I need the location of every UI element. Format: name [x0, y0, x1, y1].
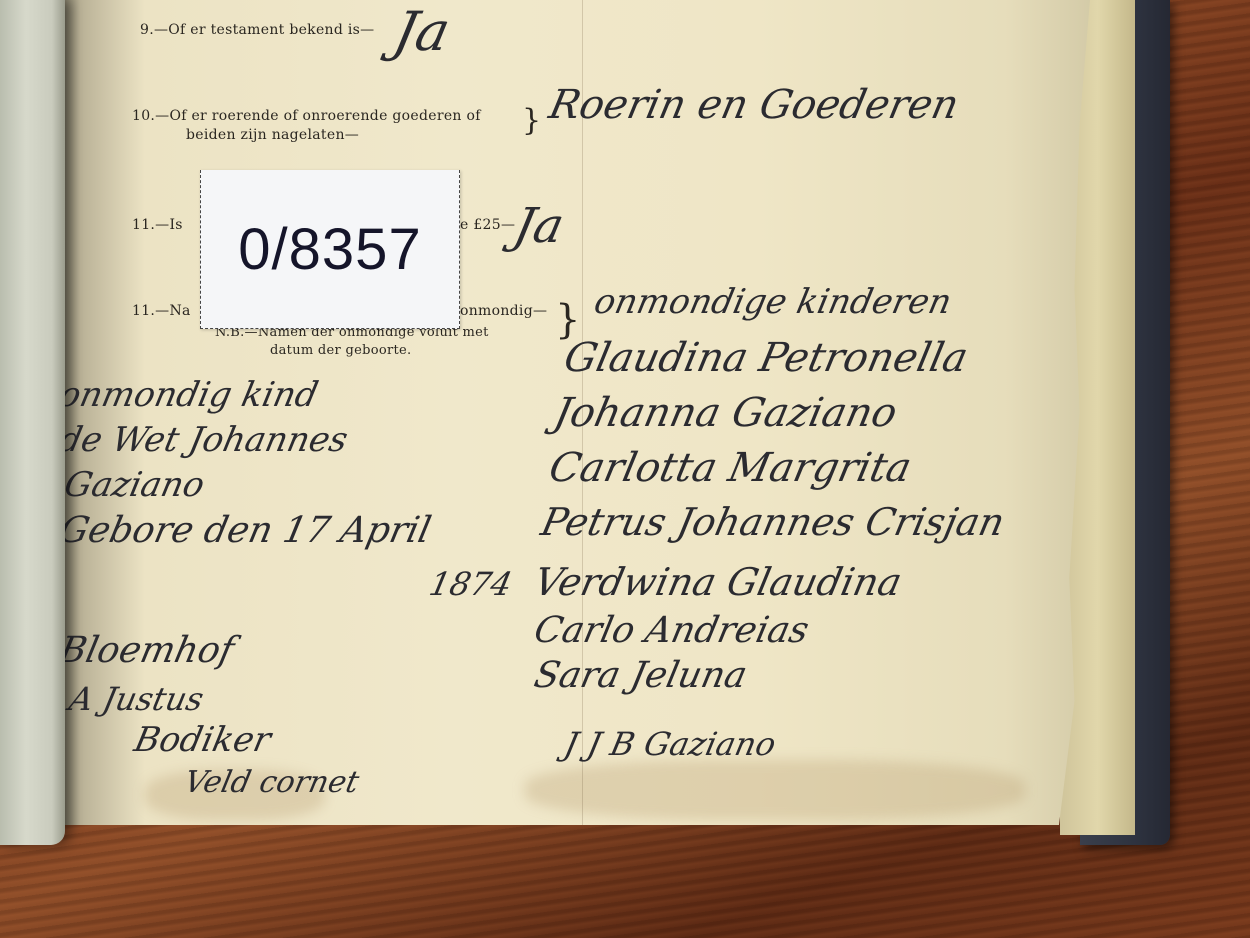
left-note-line: onmondig kind [56, 375, 322, 415]
child-name: Sara Jeluna [531, 655, 751, 696]
document-page: 9.—Of er testament bekend is— 10.—Of er … [55, 0, 1090, 825]
child-name: Carlotta Margrita [545, 445, 915, 491]
question-11a-left: 11.—Is [132, 217, 183, 233]
child-name: Carlo Andreias [531, 610, 813, 651]
question-11b-nb2: datum der geboorte. [270, 343, 411, 358]
question-11a-right: e £25— [460, 217, 515, 233]
child-name: Glaudina Petronella [560, 335, 972, 381]
left-signature-line: Bodiker [131, 720, 275, 760]
question-10-line1: 10.—Of er roerende of onroerende goedere… [132, 108, 481, 124]
question-11b-left: 11.—Na [132, 303, 191, 319]
question-11b-right: onmondig— [460, 303, 547, 319]
child-name: Petrus Johannes Crisjan [537, 500, 1008, 544]
left-note-year: 1874 [426, 565, 516, 603]
brace: } [522, 106, 541, 136]
curled-page-edge [0, 0, 65, 845]
question-9: 9.—Of er testament bekend is— [140, 22, 374, 38]
archive-reference-label: 0/8357 [200, 170, 460, 329]
water-stain [525, 760, 1025, 820]
left-signature-line: Veld cornet [181, 765, 362, 800]
answer-q9: Ja [388, 0, 455, 63]
minor-children-heading: onmondige kinderen [591, 282, 955, 322]
archive-reference-number: 0/8357 [238, 216, 421, 283]
brace: } [555, 300, 580, 340]
left-signature-line: A Justus [66, 680, 207, 718]
left-note-line: de Wet Johannes [56, 420, 352, 460]
signature-right: J J B Gaziano [561, 725, 779, 763]
question-10-line2: beiden zijn nagelaten— [186, 127, 359, 143]
child-name: Verdwina Glaudina [530, 560, 905, 604]
answer-q11: Ja [509, 198, 569, 254]
left-signature-line: Bloemhof [56, 630, 238, 671]
left-note-line: Gaziano [61, 465, 208, 505]
left-note-line: Gebore den 17 April [56, 510, 435, 551]
child-name: Johanna Gaziano [550, 390, 901, 436]
answer-q10: Roerin en Goederen [545, 82, 963, 128]
